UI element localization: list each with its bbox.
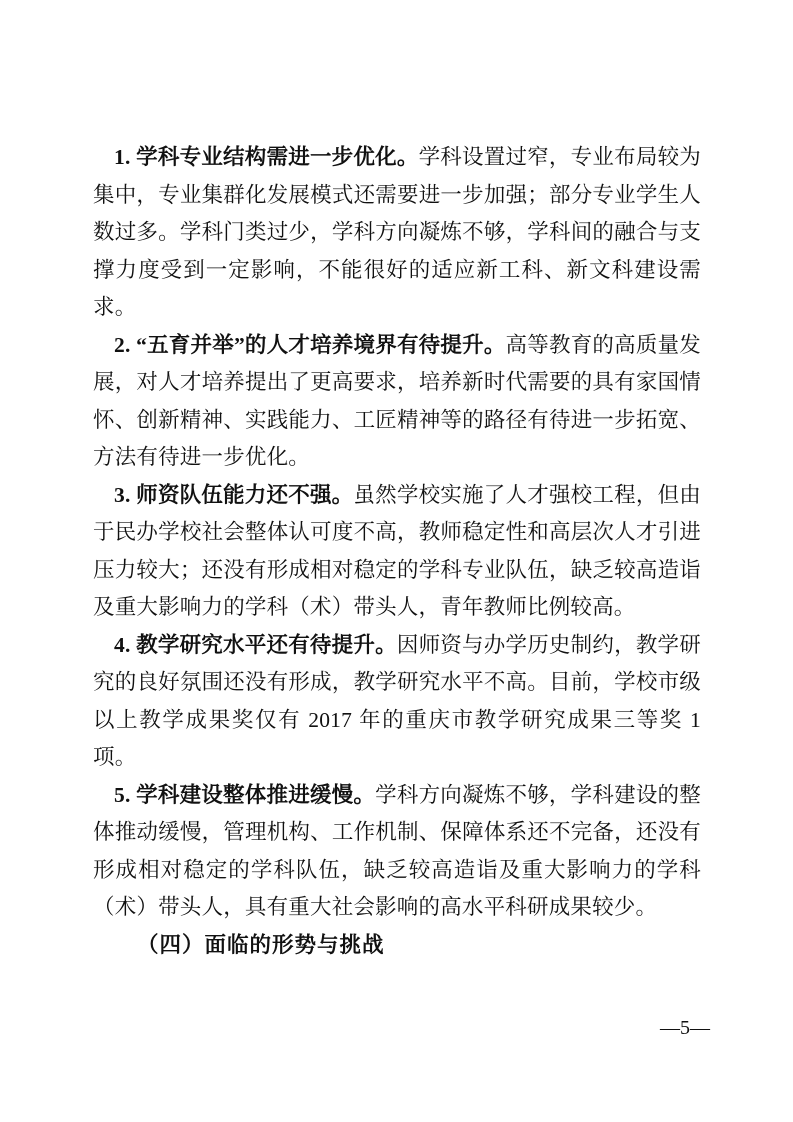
page-number: —5—	[660, 1016, 710, 1040]
document-body: 1. 学科专业结构需进一步优化。学科设置过窄，专业布局较为集中，专业集群化发展模…	[93, 139, 701, 964]
paragraph-4: 4. 教学研究水平还有待提升。因师资与办学历史制约，教学研究的良好氛围还没有形成…	[93, 627, 701, 777]
paragraph-4-lead: 4. 教学研究水平还有待提升。	[114, 633, 397, 657]
paragraph-5: 5. 学科建设整体推进缓慢。学科方向凝炼不够，学科建设的整体推动缓慢，管理机构、…	[93, 777, 701, 927]
paragraph-1: 1. 学科专业结构需进一步优化。学科设置过窄，专业布局较为集中，专业集群化发展模…	[93, 139, 701, 327]
paragraph-1-text: 学科设置过窄，专业布局较为集中，专业集群化发展模式还需要进一步加强；部分专业学生…	[93, 145, 701, 319]
paragraph-2: 2. “五育并举”的人才培养境界有待提升。高等教育的高质量发展，对人才培养提出了…	[93, 327, 701, 477]
paragraph-1-lead: 1. 学科专业结构需进一步优化。	[114, 145, 419, 169]
paragraph-5-lead: 5. 学科建设整体推进缓慢。	[114, 783, 375, 807]
paragraph-3: 3. 师资队伍能力还不强。虽然学校实施了人才强校工程，但由于民办学校社会整体认可…	[93, 477, 701, 627]
section-heading: （四）面临的形势与挑战	[93, 927, 701, 965]
paragraph-3-lead: 3. 师资队伍能力还不强。	[114, 483, 353, 507]
paragraph-2-lead: 2. “五育并举”的人才培养境界有待提升。	[114, 333, 506, 357]
document-page: 1. 学科专业结构需进一步优化。学科设置过窄，专业布局较为集中，专业集群化发展模…	[0, 0, 793, 1122]
